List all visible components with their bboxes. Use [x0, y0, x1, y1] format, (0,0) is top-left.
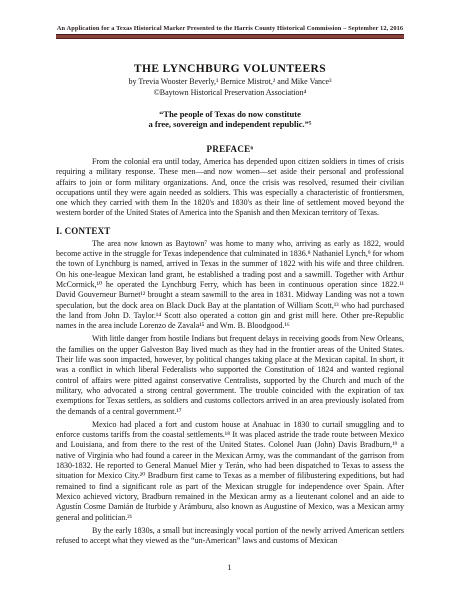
- epigraph-quote-line-2: a free, sovereign and independent republ…: [56, 119, 404, 129]
- context-paragraph-2: With little danger from hostile Indians …: [56, 334, 404, 416]
- preface-heading: PREFACE⁶: [56, 144, 404, 154]
- copyright-line: ©Baytown Historical Preservation Associa…: [56, 88, 404, 97]
- epigraph-quote: “The people of Texas do now constitute a…: [56, 109, 404, 129]
- byline: by Trevia Wooster Beverly,¹ Bernice Mist…: [56, 77, 404, 86]
- context-paragraph-1: The area now known as Baytown⁷ was home …: [56, 239, 404, 332]
- document-page: An Application for a Texas Historical Ma…: [0, 0, 459, 594]
- context-heading: I. CONTEXT: [56, 226, 404, 236]
- document-title: THE LYNCHBURG VOLUNTEERS: [56, 63, 404, 75]
- running-header: An Application for a Texas Historical Ma…: [56, 25, 404, 32]
- header-rule: [56, 34, 404, 39]
- document-body: An Application for a Texas Historical Ma…: [56, 0, 404, 546]
- page-number: 1: [0, 563, 459, 572]
- preface-paragraph: From the colonial era until today, Ameri…: [56, 157, 404, 219]
- epigraph-quote-line-1: “The people of Texas do now constitute: [56, 109, 404, 119]
- context-paragraph-4: By the early 1830s, a small but increasi…: [56, 526, 404, 547]
- context-paragraph-3: Mexico had placed a fort and custom hous…: [56, 420, 404, 523]
